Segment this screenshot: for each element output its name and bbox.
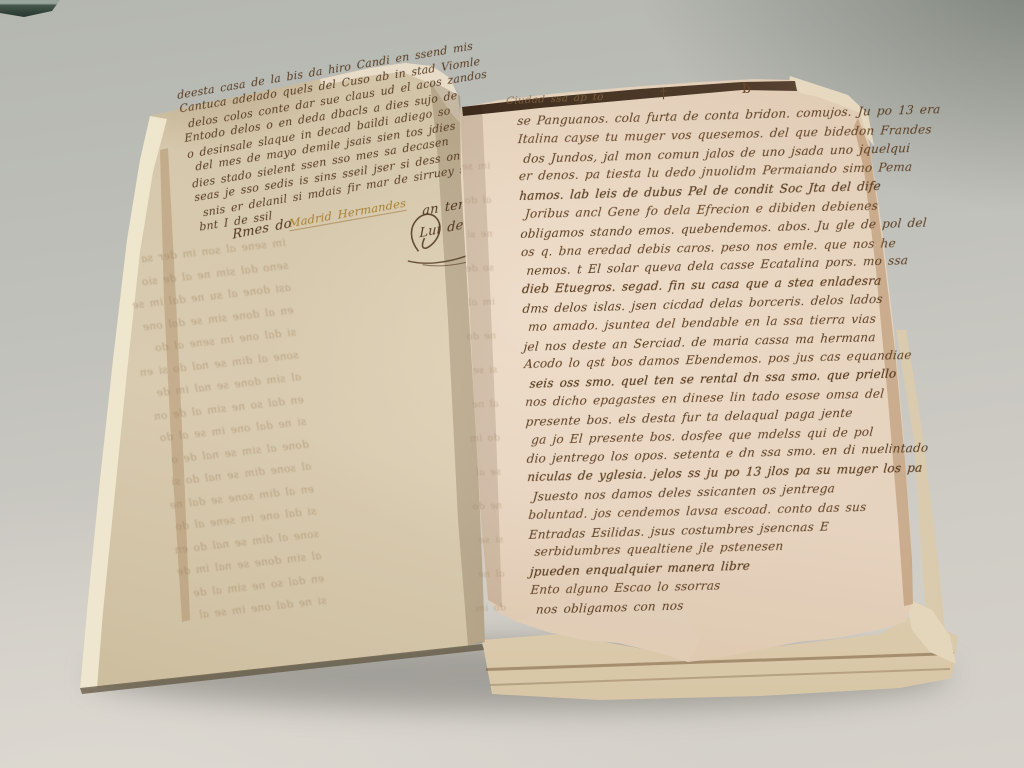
photo-scene: deesta casa de la bis da hiro Candi en s… <box>0 0 1024 768</box>
bleedthrough-line: im al <box>464 285 496 320</box>
table-corner-object <box>0 0 62 18</box>
bleedthrough-line: al do <box>461 184 493 219</box>
bleedthrough-line: al ne <box>474 557 506 592</box>
bleedthrough-line: si se <box>472 523 504 558</box>
cross-mark-icon: † <box>660 86 667 102</box>
bleedthrough-line: so de <box>463 252 495 287</box>
bleedthrough-line: si se <box>467 353 499 388</box>
bleedthrough-line: do im <box>475 591 507 626</box>
bleedthrough-line: al ne <box>468 387 500 422</box>
bleedthrough-line: ne si <box>462 218 494 253</box>
bleedthrough-line: do im <box>469 421 501 456</box>
bleedthrough-line: ne do <box>465 319 497 354</box>
bleedthrough-line: se al <box>470 455 502 490</box>
bleedthrough-line: ne do <box>471 489 503 524</box>
right-page-text-block: se Panguanos. cola furta de conta bridon… <box>517 100 954 619</box>
stroked-b-mark-icon: ƀ <box>742 81 751 97</box>
bleedthrough-line: im se <box>459 150 491 185</box>
